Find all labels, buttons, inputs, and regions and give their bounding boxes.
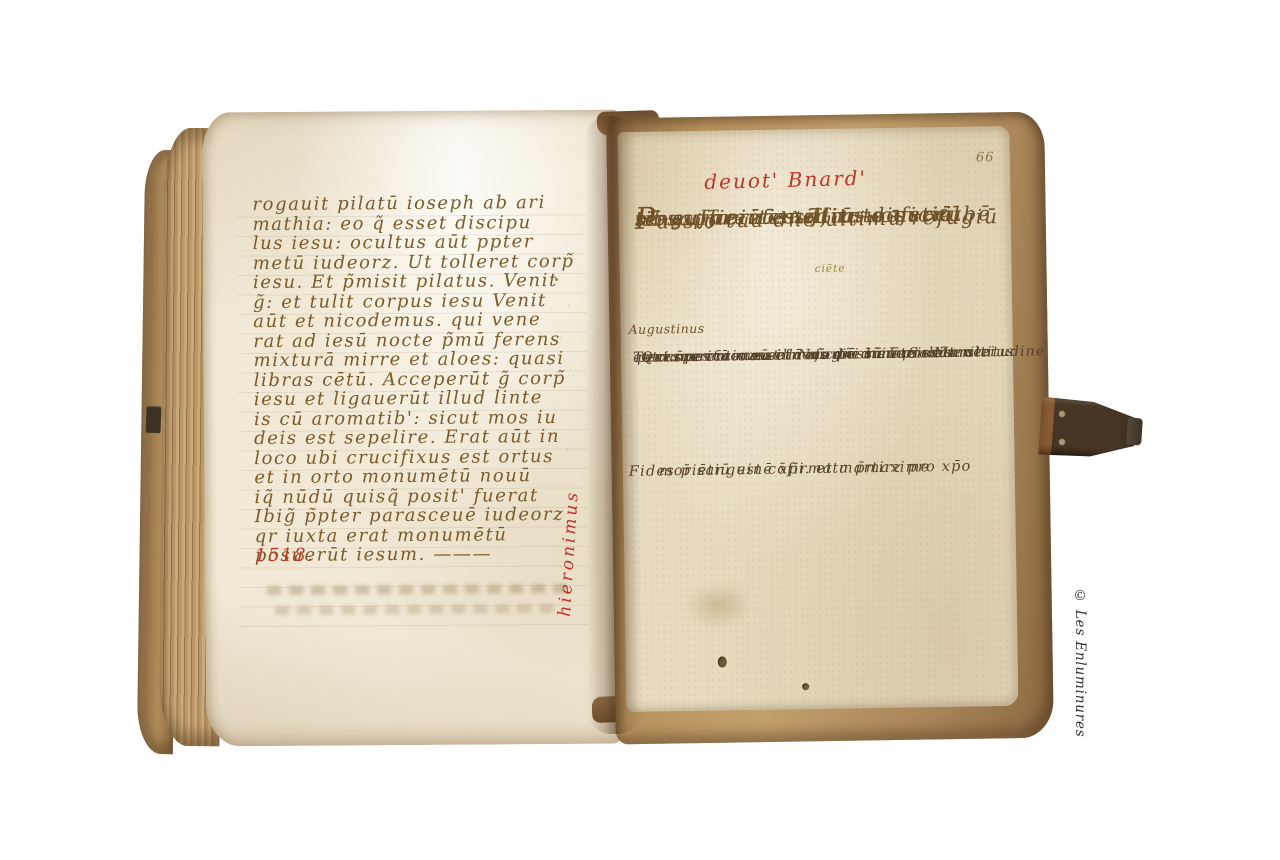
clasp-metal-tip (1126, 418, 1143, 446)
manuscript-line: tibus meritis. illa succurrit (635, 201, 964, 234)
manuscript-line: et in orto monumētū nouū (254, 466, 594, 488)
augustine-quote-text: Tota spes mea est in morte dñi mei. Mors… (633, 339, 1011, 345)
rubric-heading: deuot' Bnard' (704, 164, 945, 194)
right-page-main-text: Passio tua dñe ultimū refugiū singulare … (635, 200, 1007, 206)
parchment-stain (683, 582, 754, 629)
clasp-rivet (1058, 410, 1066, 418)
manuscript-line: qr iuxta erat monumētū (255, 524, 595, 546)
date-annotation: 1518. (255, 546, 315, 566)
worm-hole (718, 656, 727, 667)
worm-hole (802, 683, 809, 690)
clasp-catch (146, 406, 162, 434)
fides-text: Fides p̄ sanguinē xp̄i. et martirz pro x… (629, 453, 1009, 459)
left-page-text: rogauit pilatū ioseph ab ari mathia: eo … (252, 193, 594, 546)
manuscript-line: loco ubi crucifixus est ortus (254, 446, 594, 468)
manuscript-line: rogauit pilatū ioseph ab ari (252, 193, 592, 215)
manuscript-line: g̃: et tulit corpus iesu Venit (253, 290, 593, 312)
manuscript-line: mathia: eo q̃ esset discipu (253, 212, 593, 234)
margin-note-augustinus: Augustinus (628, 321, 704, 337)
manuscript-photo: rogauit pilatū ioseph ab ari mathia: eo … (0, 0, 1280, 860)
interlinear-correction: ciēte (815, 263, 846, 275)
folio-number: 66 (976, 150, 995, 165)
left-page: rogauit pilatū ioseph ab ari mathia: eo … (202, 110, 623, 747)
gutter-shadow (584, 116, 641, 734)
manuscript-line: Ibig̃ p̃pter parasceuē iudeorz (255, 505, 595, 527)
clasp-rivet (1058, 438, 1066, 446)
manuscript-line: moriētiū est cōfirmata p̄maxime (659, 454, 931, 484)
copyright-watermark: © Les Enluminures (1072, 588, 1088, 748)
manuscript-line: Quia pecc̄a mea illā uīcere non possūt. (641, 340, 962, 372)
right-page: 66 deuot' Bnard' Passio tua dñe ultimū r… (617, 126, 1018, 712)
